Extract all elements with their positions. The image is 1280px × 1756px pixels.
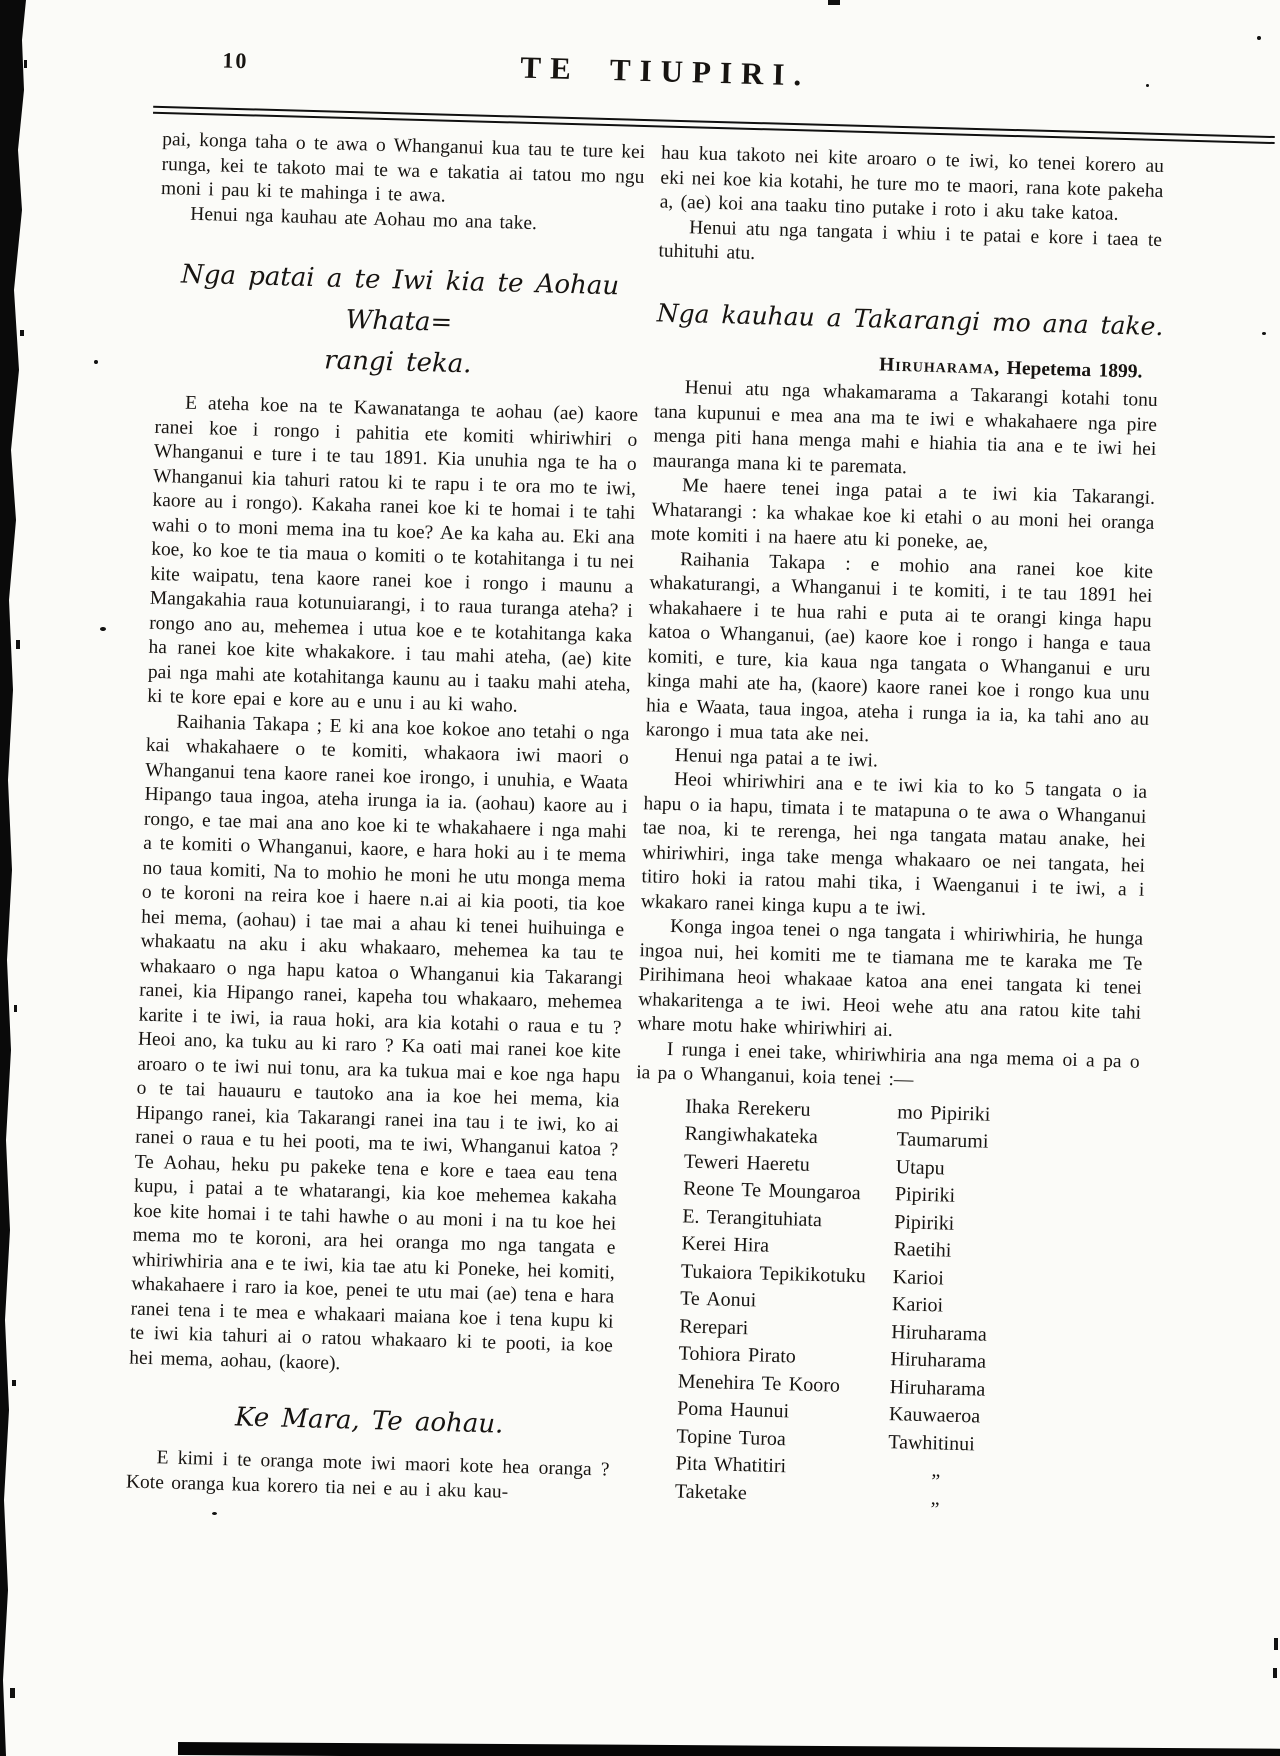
paragraph: hau kua takoto nei kite aroaro o te iwi,… [659, 141, 1164, 228]
paragraph: Henui atu nga whakamarama a Takarangi ko… [652, 375, 1157, 487]
column-left: pai, konga taha o te awa o Whanganui kua… [126, 128, 646, 1508]
newspaper-page: 10 TE TIUPIRI. pai, konga taha o te awa … [126, 40, 1167, 1522]
delegate-place: Hiruharama [890, 1346, 986, 1376]
scan-speckle [1257, 36, 1261, 40]
scan-speckle [94, 360, 98, 364]
scan-speckle [212, 1512, 217, 1515]
paragraph: Heoi whiriwhiri ana e te iwi kia to ko 5… [641, 767, 1148, 928]
article-heading-line2: rangi teka. [324, 345, 472, 379]
column-right: hau kua takoto nei kite aroaro o te iwi,… [624, 141, 1164, 1521]
delegate-place: Hiruharama [889, 1374, 985, 1404]
delegate-place: Hiruharama [891, 1319, 987, 1349]
scan-binding-edge [0, 0, 34, 1756]
delegates-list: Ihaka Rerekerumo Pipiriki Rangiwhakateka… [675, 1093, 1139, 1518]
article-heading-line1: Nga patai a te Iwi kia te Aohau Whata= [181, 260, 620, 338]
delegate-place: Kauwaeroa [889, 1401, 981, 1431]
delegate-place: Karioi [892, 1264, 944, 1293]
delegate-place: Taumarumi [896, 1126, 989, 1156]
byline-location: Hiruharama [879, 354, 995, 378]
scan-speckle [828, 0, 840, 5]
paragraph: E ateha koe na te Kawanatanga te aohau (… [147, 391, 638, 722]
column-container: pai, konga taha o te awa o Whanganui kua… [126, 128, 1165, 1522]
scan-speckle [1273, 1668, 1277, 1678]
byline-date: , Hepetema 1899. [994, 357, 1142, 382]
article-heading-ke-mara: Ke Mara, Te aohau. [127, 1395, 611, 1449]
paragraph: E kimi i te oranga mote iwi maori kote h… [126, 1445, 610, 1507]
paragraph: Me haere tenei inga patai a te iwi kia T… [650, 473, 1155, 560]
page-header: 10 TE TIUPIRI. [163, 40, 1166, 133]
scan-speckle [100, 627, 106, 631]
delegate-place: Tawhitinui [888, 1429, 975, 1459]
scan-bottom-bar [178, 1742, 1280, 1756]
delegate-name: Taketake [675, 1478, 888, 1511]
delegate-place-ditto: „ [887, 1456, 941, 1485]
scan-speckle [1262, 332, 1266, 335]
delegate-place: mo Pipiriki [897, 1099, 991, 1129]
paragraph: Raihania Takapa ; E ki ana koe kokoe ano… [129, 709, 630, 1383]
paragraph: Konga ingoa tenei o nga tangata i whiriw… [637, 914, 1143, 1050]
masthead-title: TE TIUPIRI. [164, 40, 1167, 103]
delegate-place: Raetihi [893, 1236, 951, 1265]
article-heading-takarangi: Nga kauhau a Takarangi mo ana take. [656, 292, 1160, 347]
article-heading-patai: Nga patai a te Iwi kia te Aohau Whata= r… [156, 254, 642, 390]
delegate-place-ditto: „ [886, 1484, 940, 1513]
delegate-place: Pipiriki [894, 1209, 955, 1238]
delegate-place: Utapu [895, 1154, 945, 1183]
scan-speckle [1274, 1638, 1278, 1650]
paragraph: pai, konga taha o te awa o Whanganui kua… [161, 128, 646, 215]
delegate-place: Karioi [892, 1291, 944, 1320]
paragraph: Raihania Takapa : e mohio ana ranei koe … [645, 547, 1153, 757]
delegate-place: Pipiriki [895, 1181, 956, 1210]
